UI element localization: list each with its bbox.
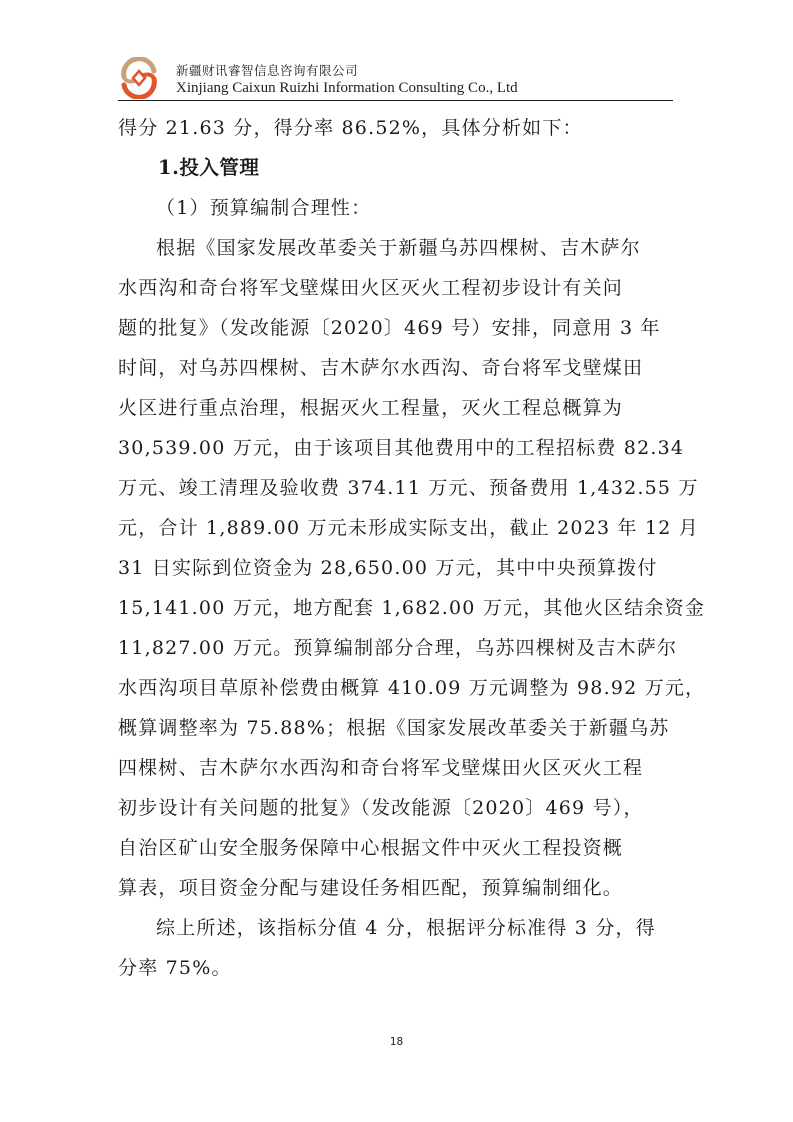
company-name-en: Xinjiang Caixun Ruizhi Information Consu…	[176, 80, 518, 97]
company-logo-icon	[118, 57, 160, 99]
paragraph-line: 分率 75%。	[118, 948, 676, 988]
paragraph-line: 初步设计有关问题的批复》（发改能源〔2020〕469 号），	[118, 788, 676, 828]
paragraph-line: 概算调整率为 75.88%；根据《国家发展改革委关于新疆乌苏	[118, 708, 676, 748]
section-heading: 1.投入管理	[118, 148, 676, 188]
paragraph-line: 得分 21.63 分，得分率 86.52%，具体分析如下：	[118, 108, 676, 148]
subsection-heading: （1）预算编制合理性：	[118, 188, 676, 228]
paragraph-line: 水西沟和奇台将军戈壁煤田火区灭火工程初步设计有关问	[118, 268, 676, 308]
paragraph-line: 题的批复》（发改能源〔2020〕469 号）安排，同意用 3 年	[118, 308, 676, 348]
page-number: 18	[0, 1036, 793, 1048]
company-name-cn: 新疆财讯睿智信息咨询有限公司	[176, 61, 358, 79]
paragraph-line: 元，合计 1,889.00 万元未形成实际支出，截止 2023 年 12 月	[118, 508, 676, 548]
paragraph-line: 自治区矿山安全服务保障中心根据文件中灭火工程投资概	[118, 828, 676, 868]
page-header: 新疆财讯睿智信息咨询有限公司 Xinjiang Caixun Ruizhi In…	[118, 55, 673, 101]
paragraph-line: 水西沟项目草原补偿费由概算 410.09 万元调整为 98.92 万元，	[118, 668, 676, 708]
paragraph-line: 时间，对乌苏四棵树、吉木萨尔水西沟、奇台将军戈壁煤田	[118, 348, 676, 388]
paragraph-line: 31 日实际到位资金为 28,650.00 万元，其中中央预算拨付	[118, 548, 676, 588]
header-divider	[118, 100, 673, 101]
paragraph-line: 根据《国家发展改革委关于新疆乌苏四棵树、吉木萨尔	[118, 228, 676, 268]
document-body: 得分 21.63 分，得分率 86.52%，具体分析如下： 1.投入管理 （1）…	[118, 108, 676, 988]
paragraph-line: 火区进行重点治理，根据灭火工程量，灭火工程总概算为	[118, 388, 676, 428]
paragraph-line: 11,827.00 万元。预算编制部分合理，乌苏四棵树及吉木萨尔	[118, 628, 676, 668]
paragraph-line: 万元、竣工清理及验收费 374.11 万元、预备费用 1,432.55 万	[118, 468, 676, 508]
paragraph-line: 30,539.00 万元，由于该项目其他费用中的工程招标费 82.34	[118, 428, 676, 468]
paragraph-line: 四棵树、吉木萨尔水西沟和奇台将军戈壁煤田火区灭火工程	[118, 748, 676, 788]
paragraph-line: 算表，项目资金分配与建设任务相匹配，预算编制细化。	[118, 868, 676, 908]
paragraph-line: 15,141.00 万元，地方配套 1,682.00 万元，其他火区结余资金	[118, 588, 676, 628]
paragraph-line: 综上所述，该指标分值 4 分，根据评分标准得 3 分，得	[118, 908, 676, 948]
